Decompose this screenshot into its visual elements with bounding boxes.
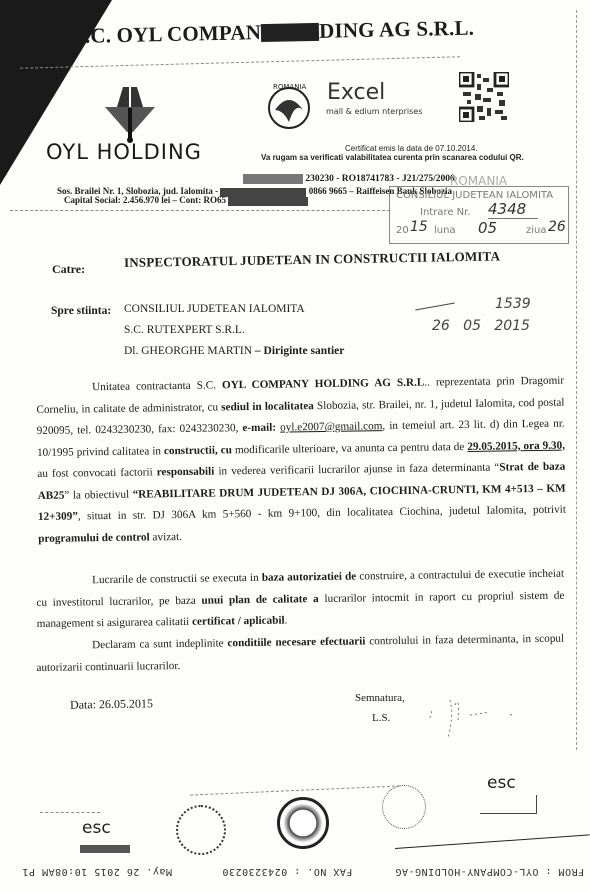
text: avizat. — [150, 530, 182, 542]
excel-subtitle: mall & edium nterprises — [326, 107, 422, 116]
svg-text:ROMANIA: ROMANIA — [273, 83, 307, 91]
iso-14001-seal-icon — [382, 785, 426, 829]
redaction-mark — [243, 174, 303, 184]
qr-code-icon — [459, 72, 509, 122]
esc-logo-right: esc — [487, 773, 516, 793]
body-paragraph-1: Unitatea contractanta S.C. OYL COMPANY H… — [36, 371, 566, 550]
handwritten-number: 1539 — [495, 296, 531, 312]
cc-person-name: Dl. GHEORGHE MARTIN — [124, 345, 252, 357]
aeroq-seal-icon — [277, 797, 329, 849]
company-name: OYL COMPANY HOLDING AG S.R.L — [222, 377, 425, 392]
email-link[interactable]: oyl.e2007@gmail.com — [280, 420, 382, 433]
footer-dash — [190, 785, 400, 795]
text-bold: unui plan de calitate a — [201, 593, 318, 607]
stamp-month-label: luna — [434, 225, 456, 236]
esc-logo-left: esc — [82, 818, 111, 838]
company-title-part2: DING AG S.R.L. — [319, 16, 475, 43]
fax-from: FROM : OYL-COMPANY-HOLDING-AG — [395, 866, 584, 877]
esc-label-box — [480, 795, 537, 814]
stamp-day-label: ziua — [526, 225, 547, 236]
iso-9001-seal-icon — [176, 805, 226, 855]
fax-timestamp: May. 26 2015 10:08AM P1 — [22, 866, 172, 877]
text: Lucrarile de constructii se executa in — [92, 572, 262, 586]
body-paragraph-2: Lucrarile de constructii se executa in b… — [36, 564, 565, 636]
address-line-2: Capital Social: 2.456.970 lei – Cont: RO… — [64, 195, 308, 206]
body-paragraph-3: Declaram ca sunt indeplinite conditiile … — [36, 629, 565, 679]
recipient-label: Catre: — [52, 262, 85, 277]
text: in vederea verificarii lucrarilor ajunse… — [214, 462, 499, 478]
esc-label-bar — [80, 845, 130, 853]
text: . — [285, 614, 288, 626]
stamp-year-prefix: 20 — [396, 225, 409, 236]
stamp-entry-number: 4348 — [488, 200, 538, 219]
stamp-entry-label: Intrare Nr. — [420, 207, 471, 218]
capital-social: Capital Social: 2.456.970 lei – Cont: RO… — [64, 195, 226, 205]
certificate-line-1: Certificat emis la data de 07.10.2014. — [345, 144, 478, 153]
text: au fost convocati factorii — [37, 466, 157, 480]
email-label: e-mail: — [242, 422, 276, 434]
company-title-part1: S.C. OYL COMPAN — [73, 20, 262, 48]
signature-label: Semnatura, — [355, 692, 405, 704]
recipient-value: INSPECTORATUL JUDETEAN IN CONSTRUCTII IA… — [124, 248, 500, 271]
footer-dash — [40, 812, 100, 813]
text-bold: constructii, cu — [164, 444, 232, 457]
text-bold: programului de control — [38, 531, 150, 545]
text-bold: certificat / aplicabil — [192, 615, 285, 628]
text: , situat in str. DJ 306A km 5+560 - km 9… — [78, 504, 566, 523]
document-date: Data: 26.05.2015 — [70, 696, 153, 712]
footer-line — [395, 834, 590, 849]
text: Unitatea contractanta S.C. — [92, 379, 222, 393]
romania-logo-icon: ROMANIA — [265, 80, 313, 134]
text: ” la obiectivul — [64, 488, 132, 501]
redaction-mark — [228, 197, 308, 206]
registration-stamp: ROMANIA CONSILIUL JUDETEAN IALOMITA Intr… — [389, 186, 569, 244]
handwritten-date: 26 05 2015 — [432, 318, 530, 334]
inspection-date: 29.05.2015, ora 9.30, — [467, 439, 565, 452]
oyl-holding-logo-text: OYL HOLDING — [46, 140, 202, 164]
address-line-0: 230230 - RO18741783 - J21/275/2006 — [243, 174, 455, 184]
cc-item: CONSILIUL JUDETEAN IALOMITA — [124, 303, 305, 315]
address-registration: 230230 - RO18741783 - J21/275/2006 — [305, 174, 454, 184]
signature-scribble — [410, 690, 570, 740]
cc-item: S.C. RUTEXPERT S.R.L. — [124, 324, 245, 336]
stamp-month: 05 — [478, 219, 497, 237]
stamp-day: 26 — [548, 219, 566, 235]
cc-label: Spre stiinta: — [51, 305, 111, 317]
text: Declaram ca sunt indeplinite — [92, 637, 227, 651]
oyl-road-logo-icon — [95, 82, 165, 144]
text: modificarile ulterioare, va anunta ca pe… — [232, 440, 468, 455]
seal-label: L.S. — [372, 712, 390, 724]
page-edge-line — [576, 10, 578, 750]
company-title: S.C. OYL COMPANDING AG S.R.L. — [73, 16, 475, 49]
cc-person-role: – Diriginte santier — [252, 345, 344, 357]
fax-number: FAX NO. : 0243230230 — [222, 866, 352, 877]
text-bold: responsabili — [157, 466, 215, 479]
cc-item: Dl. GHEORGHE MARTIN – Diriginte santier — [124, 345, 344, 357]
excel-logo-text: Excel — [327, 80, 385, 105]
text-bold: sediul in localitatea — [221, 400, 314, 413]
certificate-line-2: Va rugam sa verificati valabilitatea cur… — [261, 153, 524, 162]
address-divider — [10, 210, 390, 211]
stamp-country: ROMANIA — [450, 174, 507, 188]
handwritten-stroke — [415, 303, 455, 311]
text-bold: conditiile necesare efectuarii — [227, 635, 365, 649]
stamp-year: 15 — [410, 219, 428, 235]
text-bold: baza autorizatiei de — [262, 571, 357, 584]
redaction-mark — [261, 23, 319, 42]
